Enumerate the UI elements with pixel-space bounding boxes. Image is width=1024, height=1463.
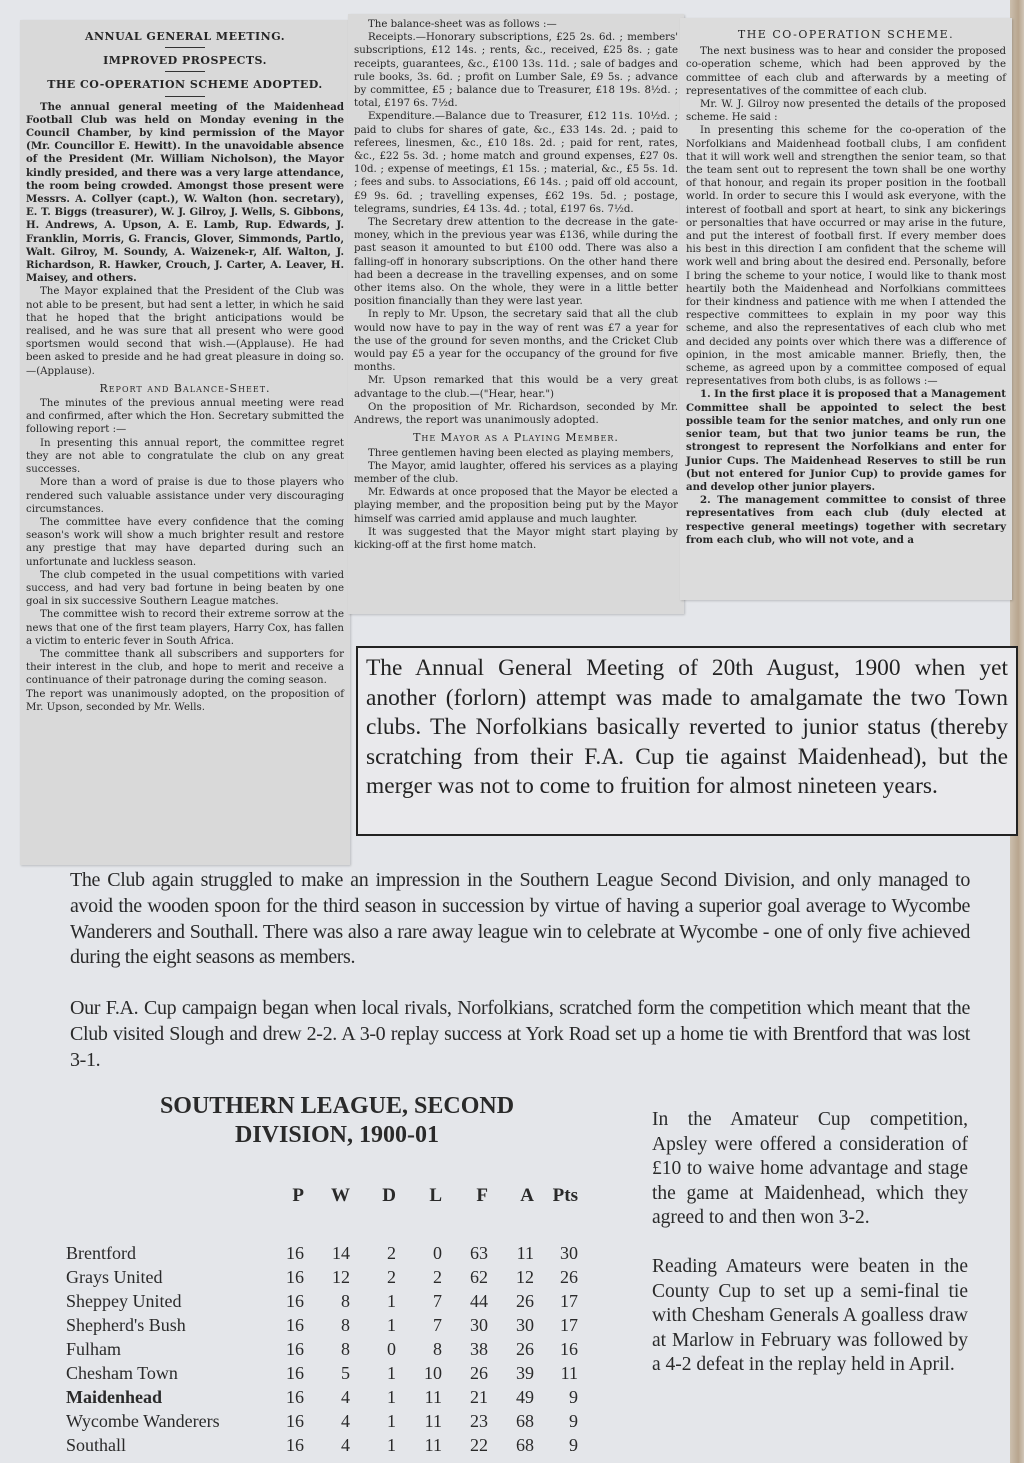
article-paragraph: In reply to Mr. Upson, the secretary sai…	[354, 308, 678, 374]
stat-w: 4	[304, 1385, 350, 1409]
stat-p: 16	[266, 1385, 304, 1409]
stat-pts: 9	[534, 1433, 578, 1457]
table-row: Grays United161222621226	[66, 1265, 578, 1289]
column-header: D	[350, 1185, 396, 1241]
stat-f: 30	[442, 1313, 488, 1337]
table-row: Sheppey United16817442617	[66, 1289, 578, 1313]
article-paragraph: In presenting this annual report, the co…	[26, 437, 344, 477]
stat-p: 16	[266, 1409, 304, 1433]
team-name: Maidenhead	[66, 1385, 266, 1409]
stat-p: 16	[266, 1313, 304, 1337]
column-header: L	[396, 1185, 442, 1241]
stat-w: 4	[304, 1433, 350, 1457]
clipping-balance-sheet: The balance-sheet was as follows :— Rece…	[348, 14, 684, 614]
stat-p: 16	[266, 1361, 304, 1385]
stat-p: 16	[266, 1241, 304, 1265]
stat-l: 11	[396, 1409, 442, 1433]
team-name: Brentford	[66, 1241, 266, 1265]
divider	[165, 71, 205, 72]
stat-f: 23	[442, 1409, 488, 1433]
table-row: Wycombe Wanderers16411123689	[66, 1409, 578, 1433]
team-name: Shepherd's Bush	[66, 1313, 266, 1337]
column-header: A	[488, 1185, 534, 1241]
stat-pts: 11	[534, 1361, 578, 1385]
headline-cooperation: THE CO-OPERATION SCHEME.	[686, 28, 1006, 41]
stat-f: 38	[442, 1337, 488, 1361]
article-paragraph: The Secretary drew attention to the decr…	[354, 216, 678, 308]
article-paragraph: Mr. Upson remarked that this would be a …	[354, 374, 678, 400]
stat-p: 16	[266, 1265, 304, 1289]
stat-a: 11	[488, 1241, 534, 1265]
stat-w: 8	[304, 1313, 350, 1337]
clipping-agm-report: ANNUAL GENERAL MEETING. IMPROVED PROSPEC…	[20, 20, 350, 865]
stat-f: 44	[442, 1289, 488, 1313]
league-title-line: DIVISION, 1900-01	[112, 1121, 562, 1150]
cup-note-paragraph: In the Amateur Cup competition, Apsley w…	[652, 1108, 968, 1231]
article-paragraph: Receipts.—Honorary subscriptions, £25 2s…	[354, 31, 678, 110]
stat-pts: 17	[534, 1313, 578, 1337]
headline-agm: ANNUAL GENERAL MEETING.	[26, 30, 344, 43]
table-row: Fulham16808382616	[66, 1337, 578, 1361]
stat-l: 0	[396, 1241, 442, 1265]
stat-a: 12	[488, 1265, 534, 1289]
stat-f: 62	[442, 1265, 488, 1289]
table-row: Brentford161420631130	[66, 1241, 578, 1265]
stat-d: 1	[350, 1433, 396, 1457]
team-name: Wycombe Wanderers	[66, 1409, 266, 1433]
article-paragraph: Mr. Edwards at once proposed that the Ma…	[354, 486, 678, 526]
stat-w: 8	[304, 1337, 350, 1361]
article-paragraph: It was suggested that the Mayor might st…	[354, 526, 678, 552]
article-paragraph: The report was unanimously adopted, on t…	[26, 688, 344, 714]
table-row: Maidenhead16411121499	[66, 1385, 578, 1409]
stat-d: 1	[350, 1361, 396, 1385]
stat-l: 2	[396, 1265, 442, 1289]
column-header-team	[66, 1185, 266, 1241]
stat-d: 1	[350, 1409, 396, 1433]
article-paragraph: 2. The management committee to consist o…	[686, 494, 1006, 547]
team-name: Southall	[66, 1433, 266, 1457]
column-header: Pts	[534, 1185, 578, 1241]
table-row: Southall16411122689	[66, 1433, 578, 1457]
article-paragraph: The Mayor explained that the President o…	[26, 285, 344, 377]
column-header: P	[266, 1185, 304, 1241]
stat-d: 2	[350, 1241, 396, 1265]
stat-w: 12	[304, 1265, 350, 1289]
headline-scheme-adopted: THE CO-OPERATION SCHEME ADOPTED.	[26, 78, 344, 91]
article-paragraph: The club competed in the usual competiti…	[26, 569, 344, 609]
stat-a: 68	[488, 1433, 534, 1457]
table-row: Chesham Town165110263911	[66, 1361, 578, 1385]
team-name: Fulham	[66, 1337, 266, 1361]
stat-pts: 16	[534, 1337, 578, 1361]
stat-pts: 30	[534, 1241, 578, 1265]
headline-prospects: IMPROVED PROSPECTS.	[26, 54, 344, 67]
team-name: Sheppey United	[66, 1289, 266, 1313]
stat-p: 16	[266, 1337, 304, 1361]
article-paragraph: The annual general meeting of the Maiden…	[26, 101, 344, 286]
stat-p: 16	[266, 1433, 304, 1457]
stat-l: 10	[396, 1361, 442, 1385]
stat-f: 63	[442, 1241, 488, 1265]
commentary-paragraph: Our F.A. Cup campaign began when local r…	[70, 996, 970, 1073]
article-paragraph: More than a word of praise is due to tho…	[26, 476, 344, 516]
article-paragraph: The committee have every confidence that…	[26, 516, 344, 569]
stat-d: 1	[350, 1385, 396, 1409]
stat-l: 7	[396, 1289, 442, 1313]
article-paragraph: Mr. W. J. Gilroy now presented the detai…	[686, 98, 1006, 124]
stat-pts: 26	[534, 1265, 578, 1289]
stat-l: 11	[396, 1433, 442, 1457]
stat-d: 0	[350, 1337, 396, 1361]
stat-l: 8	[396, 1337, 442, 1361]
article-paragraph: In presenting this scheme for the co-ope…	[686, 124, 1006, 388]
subhead-mayor: The Mayor as a Playing Member.	[354, 431, 678, 444]
stat-p: 16	[266, 1289, 304, 1313]
commentary-paragraph: The Club again struggled to make an impr…	[70, 868, 970, 971]
cup-note-paragraph: Reading Amateurs were beaten in the Coun…	[652, 1255, 968, 1378]
article-paragraph: The Mayor, amid laughter, offered his se…	[354, 460, 678, 486]
league-table-title: SOUTHERN LEAGUE, SECOND DIVISION, 1900-0…	[112, 1092, 562, 1150]
stat-d: 1	[350, 1289, 396, 1313]
stat-a: 39	[488, 1361, 534, 1385]
subhead-report: Report and Balance-Sheet.	[26, 382, 344, 395]
article-paragraph: The committee wish to record their extre…	[26, 608, 344, 648]
article-paragraph: The next business was to hear and consid…	[686, 45, 1006, 98]
stat-a: 49	[488, 1385, 534, 1409]
stat-pts: 9	[534, 1385, 578, 1409]
stat-f: 21	[442, 1385, 488, 1409]
clipping-cooperation-scheme: THE CO-OPERATION SCHEME. The next busine…	[680, 18, 1012, 600]
league-title-line: SOUTHERN LEAGUE, SECOND	[112, 1092, 562, 1121]
stat-pts: 17	[534, 1289, 578, 1313]
column-header: W	[304, 1185, 350, 1241]
column-header: F	[442, 1185, 488, 1241]
article-paragraph: Three gentlemen having been elected as p…	[354, 447, 678, 460]
divider	[165, 47, 205, 48]
league-table: P W D L F A Pts Brentford161420631130Gra…	[66, 1185, 578, 1457]
team-name: Chesham Town	[66, 1361, 266, 1385]
article-paragraph: Expenditure.—Balance due to Treasurer, £…	[354, 110, 678, 216]
stat-a: 26	[488, 1289, 534, 1313]
stat-a: 26	[488, 1337, 534, 1361]
stat-w: 14	[304, 1241, 350, 1265]
season-commentary: The Club again struggled to make an impr…	[70, 868, 970, 1099]
stat-a: 68	[488, 1409, 534, 1433]
article-paragraph: 1. In the first place it is proposed tha…	[686, 388, 1006, 494]
divider	[165, 96, 205, 97]
stat-f: 22	[442, 1433, 488, 1457]
stat-w: 4	[304, 1409, 350, 1433]
stat-l: 7	[396, 1313, 442, 1337]
stat-pts: 9	[534, 1409, 578, 1433]
stat-l: 11	[396, 1385, 442, 1409]
article-paragraph: The minutes of the previous annual meeti…	[26, 397, 344, 437]
stat-a: 30	[488, 1313, 534, 1337]
league-table-body: Brentford161420631130Grays United1612226…	[66, 1241, 578, 1457]
stat-d: 2	[350, 1265, 396, 1289]
article-paragraph: The committee thank all subscribers and …	[26, 648, 344, 688]
stat-w: 5	[304, 1361, 350, 1385]
article-paragraph: On the proposition of Mr. Richardson, se…	[354, 401, 678, 427]
league-header-row: P W D L F A Pts	[66, 1185, 578, 1241]
article-paragraph: The balance-sheet was as follows :—	[354, 18, 678, 31]
caption-box: The Annual General Meeting of 20th Augus…	[356, 646, 1018, 836]
table-row: Shepherd's Bush16817303017	[66, 1313, 578, 1337]
cup-notes: In the Amateur Cup competition, Apsley w…	[652, 1108, 968, 1402]
stat-d: 1	[350, 1313, 396, 1337]
stat-f: 26	[442, 1361, 488, 1385]
stat-w: 8	[304, 1289, 350, 1313]
team-name: Grays United	[66, 1265, 266, 1289]
